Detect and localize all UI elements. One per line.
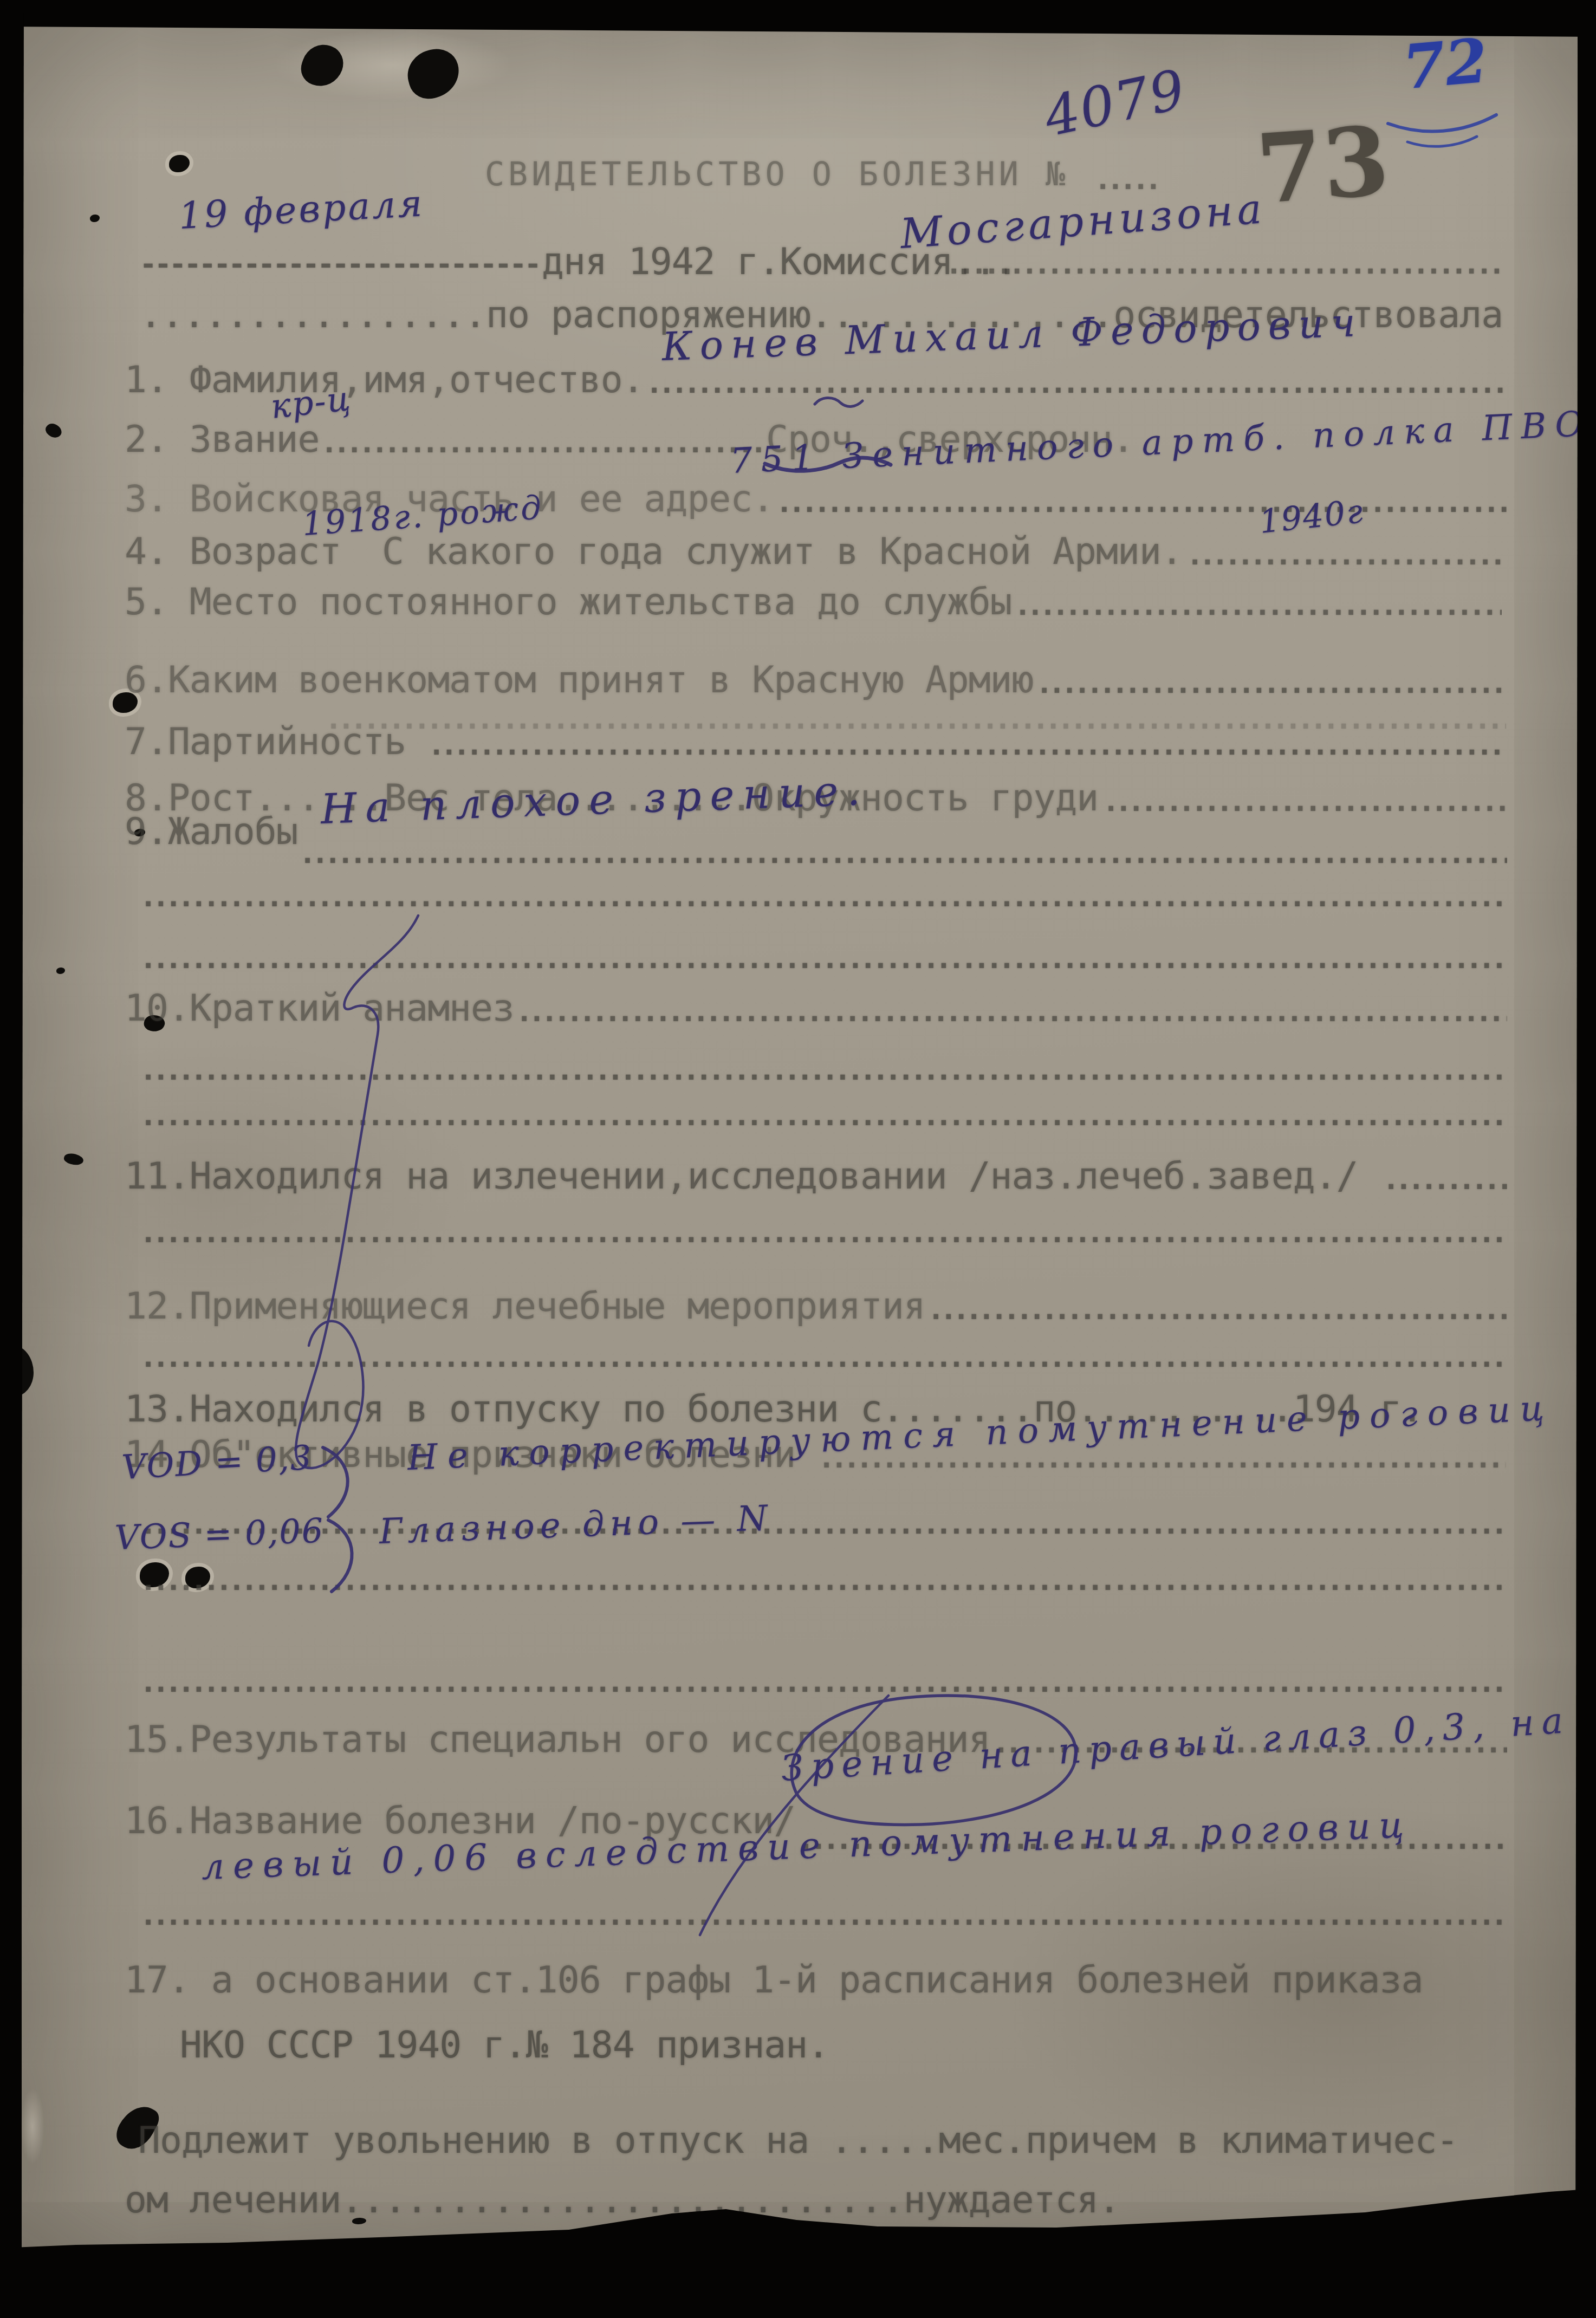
dot-leader: ........................................… [140,883,1505,915]
field-label-anamnesis: 10.Краткий анамнез [125,990,514,1027]
dot-leader: ........................................… [428,731,1503,764]
dot-leader: ........................................… [140,945,1505,977]
vision-os-handwritten: VOS = 0,06 [114,1514,325,1555]
field-label-complaints: 9.Жалобы [125,814,298,850]
scan-edge-left [0,0,24,2318]
dot-leader: ........................................… [140,1668,1505,1701]
page-number-pencil: 73 [1254,114,1392,218]
field-label-commissariat: 6.Каким военкоматом принят в Красную Арм… [125,662,1033,699]
dot-leader: ........................................… [1186,541,1506,574]
discharge-statement-line2: ом лечении..........................нужд… [125,2182,1120,2219]
scan-edge-right [1575,0,1596,2318]
dot-leader: ........................................… [945,250,1503,283]
dot-leader: ........................................… [321,429,765,462]
dot-leader: ........................................… [299,840,1507,872]
dot-leader: ........................................… [516,998,1507,1030]
dot-leader: ........................................… [140,1510,1505,1543]
field-label-treatment-history: 11.Находился на излечении,исследовании /… [125,1158,1358,1195]
vision-od-handwritten: VOD = 0,3 [121,1441,313,1484]
dot-leader: ........................................… [140,1219,1505,1251]
dot-leader: ........................................… [140,1102,1505,1134]
dash-leader: ---------------------------------------- [140,250,541,283]
dot-leader: ........................................… [1102,788,1506,820]
regulation-reference-line2: НКО СССР 1940 г.№ 184 признан. [180,2027,829,2064]
field-label-treatment-measures: 12.Применяющиеся лечебные мероприятия [125,1288,925,1325]
dot-leader: ........................................… [1014,592,1502,624]
rank-handwritten: кр-ц [269,382,353,424]
dot-leader: ........................................… [1036,670,1507,702]
dot-leader: ........................................… [140,1901,1505,1934]
page-number-blue: 72 [1400,31,1490,99]
field-label-residence: 5. Место постоянного жительства до служб… [125,584,1012,621]
dot-leader: ........................................… [140,1343,1505,1376]
discharge-statement-line1: Подлежит увольнению в отпуск на .....мес… [138,2122,1458,2159]
document-title: СВИДЕТЕЛЬСТВО О БОЛЕЗНИ № [485,158,1069,191]
dot-leader: ........................................… [776,489,1507,521]
dot-leader: ........................................… [1383,1166,1507,1198]
field-label-party: 7.Партийность [125,724,406,761]
torn-edge-light-sliver [21,2088,44,2164]
dot-leader: ........................................… [140,1567,1505,1599]
dot-leader: ........................................… [927,1296,1507,1328]
dot-leader: ........................................… [140,1056,1505,1089]
dot-leader: ........................................… [646,369,1504,402]
field-label-service-since: С какого года служит в Красной Армии. [382,534,1183,570]
regulation-reference-line1: 17. а основании ст.106 графы 1-й расписа… [125,1962,1423,1999]
field-label-name: 1. Фамилия,имя,отчество. [125,362,644,399]
scanned-document-page: 72 73 СВИДЕТЕЛЬСТВО О БОЛЕЗНИ № ..... 40… [0,0,1596,2318]
field-label-rank: 2. Звание [125,421,319,458]
